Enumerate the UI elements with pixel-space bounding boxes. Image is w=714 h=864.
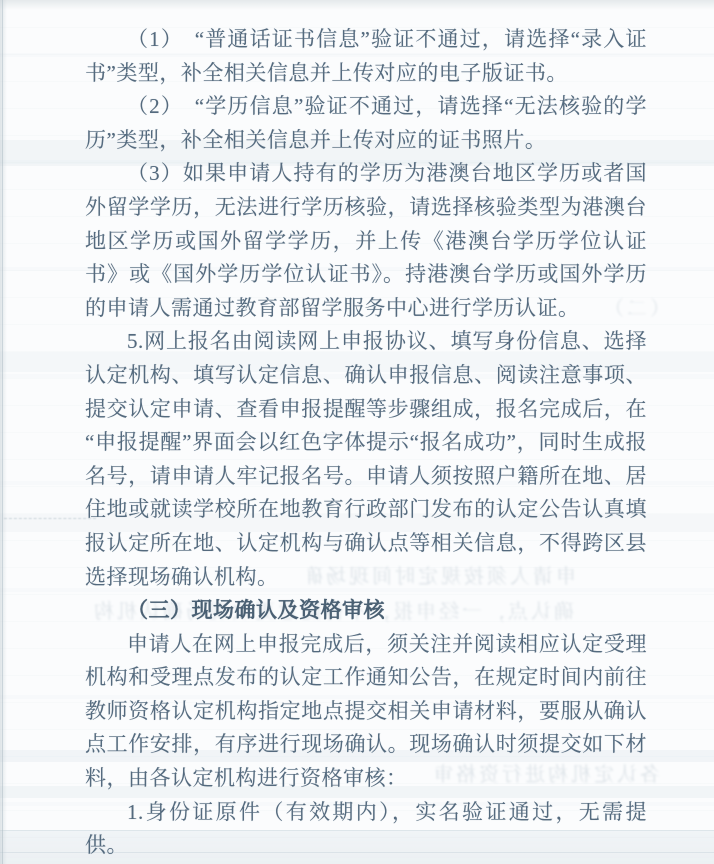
scanned-page: 申请人须按规定时间现场确认 确认点，一经申报，不得随意更改现场确认机构 各认定机… [0,0,714,864]
scan-dashed-artifact [4,518,96,519]
paragraph: 5.网上报名由阅读网上申报协议、填写身份信息、选择认定机构、填写认定信息、确认申… [85,325,647,594]
paragraph: （三）现场确认及资格审核 [85,594,647,628]
paragraph: （3）如果申请人持有的学历为港澳台地区学历或者国外留学学历，无法进行学历核验，请… [85,157,647,325]
paragraph: （1） “普通话证书信息”验证不通过，请选择“录入证书”类型，补全相关信息并上传… [85,23,647,90]
scan-streak-band [0,0,714,10]
document-text-block: （1） “普通话证书信息”验证不通过，请选择“录入证书”类型，补全相关信息并上传… [85,23,647,863]
paragraph: 1.身份证原件（有效期内），实名验证通过，无需提供。 [85,796,647,863]
paragraph: （2） “学历信息”验证不通过，请选择“无法核验的学历”类型，补全相关信息并上传… [85,90,647,157]
scan-left-edge-line [2,0,3,864]
paragraph: 申请人在网上申报完成后，须关注并阅读相应认定受理机构和受理点发布的认定工作通知公… [85,628,647,796]
